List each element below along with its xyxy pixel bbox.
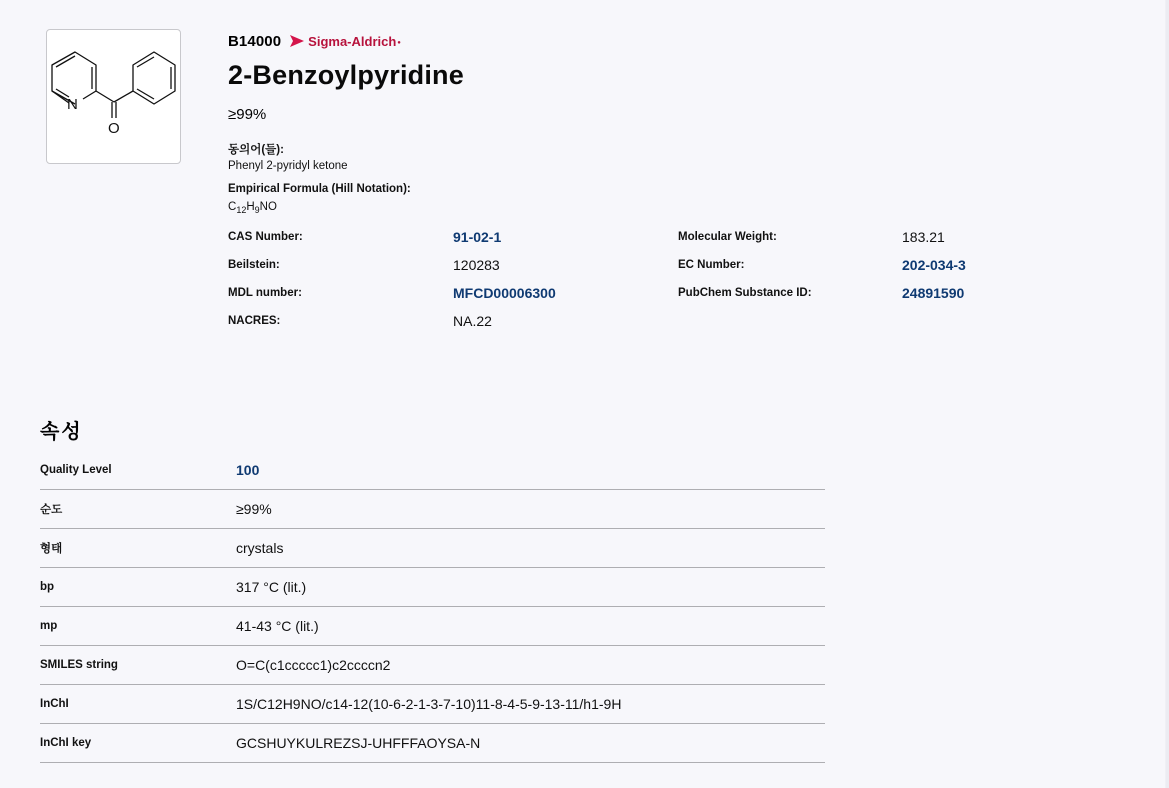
beilstein-label: Beilstein:	[228, 259, 280, 271]
property-value: O=C(c1ccccc1)c2ccccn2	[236, 657, 390, 673]
product-page: N O B14000 Sigma-Aldrich● 2-Benzoylpyrid…	[0, 0, 1169, 788]
property-row-mp: mp 41-43 °C (lit.)	[40, 607, 825, 646]
property-value: 41-43 °C (lit.)	[236, 618, 319, 634]
property-label: bp	[40, 581, 236, 593]
brand-logo[interactable]: Sigma-Aldrich●	[290, 34, 401, 49]
mdl-number-link[interactable]: MFCD00006300	[453, 285, 556, 301]
molecule-structure-icon: N O	[47, 30, 182, 165]
ec-number-label: EC Number:	[678, 259, 744, 271]
cas-number-label: CAS Number:	[228, 231, 303, 243]
synonyms-value: Phenyl 2-pyridyl ketone	[228, 160, 348, 172]
product-header: B14000 Sigma-Aldrich●	[228, 31, 401, 51]
beilstein-value: 120283	[453, 257, 500, 273]
property-row-inchi-key: InChI key GCSHUYKULREZSJ-UHFFFAOYSA-N	[40, 724, 825, 763]
structure-image[interactable]: N O	[46, 29, 181, 164]
molecular-weight-value: 183.21	[902, 229, 945, 245]
properties-table: Quality Level 100 순도 ≥99% 형태 crystals bp…	[40, 451, 825, 763]
property-label: mp	[40, 620, 236, 632]
svg-text:N: N	[67, 96, 78, 113]
property-row-bp: bp 317 °C (lit.)	[40, 568, 825, 607]
property-label: Quality Level	[40, 464, 236, 476]
property-label: SMILES string	[40, 659, 236, 671]
nacres-value: NA.22	[453, 313, 492, 329]
property-value: 317 °C (lit.)	[236, 579, 306, 595]
property-value: crystals	[236, 540, 283, 556]
property-row-quality-level: Quality Level 100	[40, 451, 825, 490]
mdl-number-label: MDL number:	[228, 287, 302, 299]
property-row-inchi: InChI 1S/C12H9NO/c14-12(10-6-2-1-3-7-10)…	[40, 685, 825, 724]
cas-number-link[interactable]: 91-02-1	[453, 229, 501, 245]
property-label: 형태	[40, 540, 236, 556]
property-row-smiles: SMILES string O=C(c1ccccc1)c2ccccn2	[40, 646, 825, 685]
property-value: 1S/C12H9NO/c14-12(10-6-2-1-3-7-10)11-8-4…	[236, 696, 621, 712]
ec-number-link[interactable]: 202-034-3	[902, 257, 966, 273]
empirical-formula-value: C12H9NO	[228, 201, 277, 215]
pubchem-id-link[interactable]: 24891590	[902, 285, 964, 301]
product-title: 2-Benzoylpyridine	[228, 60, 464, 91]
synonyms-label: 동의어(들):	[228, 141, 284, 157]
property-label: 순도	[40, 501, 236, 517]
brand-name: Sigma-Aldrich	[308, 34, 396, 49]
property-value: ≥99%	[236, 501, 272, 517]
molecular-weight-label: Molecular Weight:	[678, 231, 777, 243]
property-label: InChI key	[40, 737, 236, 749]
properties-title: 속성	[40, 415, 83, 444]
product-purity: ≥99%	[228, 106, 266, 123]
brand-arrow-icon	[290, 35, 304, 47]
property-row-form: 형태 crystals	[40, 529, 825, 568]
svg-text:O: O	[108, 120, 120, 137]
scrollbar[interactable]	[1165, 0, 1169, 788]
quality-level-link[interactable]: 100	[236, 462, 259, 478]
nacres-label: NACRES:	[228, 315, 280, 327]
property-row-purity: 순도 ≥99%	[40, 490, 825, 529]
product-number: B14000	[228, 33, 281, 50]
pubchem-id-label: PubChem Substance ID:	[678, 287, 812, 299]
empirical-formula-label: Empirical Formula (Hill Notation):	[228, 183, 411, 195]
property-label: InChI	[40, 698, 236, 710]
property-value: GCSHUYKULREZSJ-UHFFFAOYSA-N	[236, 735, 480, 751]
